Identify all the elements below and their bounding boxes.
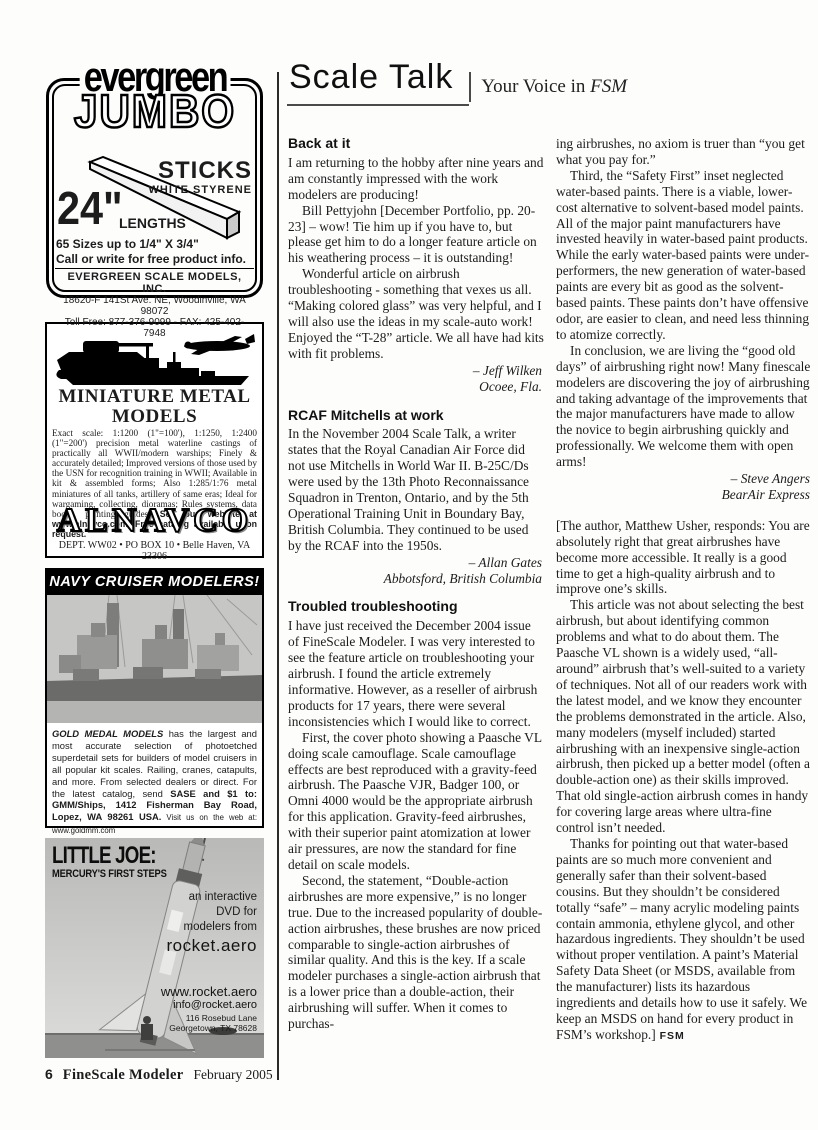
- subtitle-text: Your Voice in: [481, 76, 590, 97]
- letter-paragraph: Wonderful article on airbrush troublesho…: [288, 266, 544, 361]
- call-write-line: Call or write for free product info.: [56, 252, 246, 266]
- subtitle-brand: FSM: [590, 76, 627, 97]
- section-heading: Back at it: [288, 136, 544, 152]
- evergreen-ad: evergreen JUMBO STICKS WHITE STYRENE 24"…: [45, 60, 264, 300]
- sizes-line: 65 Sizes up to 1/4" X 3/4": [56, 237, 199, 251]
- letter-signature: – Allan GatesAbbotsford, British Columbi…: [288, 555, 542, 587]
- signature-line: – Jeff Wilken: [288, 363, 542, 379]
- jumbo-headline: JUMBO: [73, 88, 235, 134]
- navy-cruiser-banner: NAVY CRUISER MODELERS!: [47, 570, 262, 595]
- letter-paragraph: First, the cover photo showing a Paasche…: [288, 730, 544, 873]
- issue-date: February 2005: [193, 1067, 272, 1083]
- lengths-label: LENGTHS: [119, 215, 186, 231]
- letters-column-1: Back at itI am returning to the hobby af…: [288, 136, 544, 1032]
- page-subtitle: Your Voice in FSM: [481, 76, 627, 106]
- section-heading: RCAF Mitchells at work: [288, 408, 544, 424]
- letter-paragraph: I have just received the December 2004 i…: [288, 618, 544, 729]
- letter-paragraph: This article was not about selecting the…: [556, 597, 812, 836]
- rocket-aero-address-line2: Georgetown, TX 78628: [169, 1023, 257, 1033]
- page-footer: 6 FineScale Modeler February 2005: [45, 1066, 273, 1084]
- evergreen-contact-block: EVERGREEN SCALE MODELS, INC. 18620-F 141…: [55, 268, 254, 339]
- letter-paragraph: Bill Pettyjohn [December Portfolio, pp. …: [288, 203, 544, 267]
- letter-paragraph: Thanks for pointing out that water-based…: [556, 836, 812, 1045]
- title-divider: [469, 72, 471, 102]
- alnavco-title-line2: MODELS: [47, 406, 262, 428]
- alnavco-ad: MINIATURE METAL MODELS Exact scale: 1:12…: [45, 322, 264, 558]
- evergreen-address: 18620-F 141St Ave. NE, Woodinville, WA 9…: [55, 295, 254, 317]
- gold-medal-name: GOLD MEDAL MODELS: [52, 728, 163, 739]
- alnavco-title-line1: MINIATURE METAL: [47, 386, 262, 408]
- page-title: Scale Talk: [287, 58, 469, 106]
- signature-line: Abbotsford, British Columbia: [288, 571, 542, 587]
- alnavco-logo: ALNAVCO: [47, 504, 262, 538]
- letter-signature: – Steve AngersBearAir Express: [556, 471, 810, 503]
- letter-paragraph: ing airbrushes, no axiom is truer than “…: [556, 136, 812, 168]
- rocket-aero-address-line1: 116 Rosebud Lane: [186, 1013, 257, 1023]
- alnavco-address: DEPT. WW02 • PO BOX 10 • Belle Haven, VA…: [47, 540, 262, 562]
- letter-signature: – Jeff WilkenOcoee, Fla.: [288, 363, 542, 395]
- letter-paragraph: Second, the statement, “Double-action ai…: [288, 873, 544, 1032]
- rocket-aero-email: info@rocket.aero: [173, 999, 257, 1011]
- magazine-name: FineScale Modeler: [63, 1067, 184, 1084]
- tagline-line3: modelers from: [184, 920, 258, 935]
- section-heading: Troubled troubleshooting: [288, 599, 544, 615]
- letter-paragraph: I am returning to the hobby after nine y…: [288, 155, 544, 203]
- gold-medal-models-ad: NAVY CRUISER MODELERS! GOLD MEDAL MODELS…: [45, 568, 264, 828]
- signature-line: – Allan Gates: [288, 555, 542, 571]
- tagline-line1: an interactive: [184, 890, 258, 905]
- little-joe-tagline: an interactive DVD for modelers from: [184, 890, 258, 935]
- signature-line: Ocoee, Fla.: [288, 379, 542, 395]
- size-headline: 24": [57, 185, 123, 231]
- cruiser-model-photo: [47, 595, 262, 723]
- evergreen-phone: Toll Free: 877-376-9099 - FAX: 425-402-7…: [55, 317, 254, 339]
- evergreen-company-name: EVERGREEN SCALE MODELS, INC.: [55, 271, 254, 295]
- little-joe-subtitle: MERCURY'S FIRST STEPS: [52, 868, 167, 880]
- page-number: 6: [45, 1066, 53, 1082]
- letter-paragraph: In conclusion, we are living the “good o…: [556, 343, 812, 470]
- letter-paragraph: In the November 2004 Scale Talk, a write…: [288, 426, 544, 553]
- signature-line: BearAir Express: [556, 487, 810, 503]
- rocket-aero-url: www.rocket.aero: [161, 984, 257, 999]
- letter-paragraph: Third, the “Safety First” inset neglecte…: [556, 168, 812, 343]
- letter-paragraph: [The author, Matthew Usher, responds: Yo…: [556, 518, 812, 598]
- gold-medal-body-text: GOLD MEDAL MODELS has the largest and mo…: [52, 728, 257, 837]
- column-divider-rule: [277, 72, 279, 1080]
- end-mark: FSM: [656, 1030, 685, 1042]
- page-header: Scale Talk Your Voice in FSM: [287, 58, 627, 106]
- signature-line: – Steve Angers: [556, 471, 810, 487]
- rocket-aero-brand: rocket.aero: [166, 936, 257, 956]
- letters-column-2: ing airbrushes, no axiom is truer than “…: [556, 136, 812, 1045]
- sticks-headline: STICKS: [158, 157, 252, 185]
- little-joe-title: LITTLE JOE:: [52, 842, 156, 870]
- white-styrene-label: WHITE STYRENE: [149, 184, 252, 196]
- tagline-line2: DVD for: [184, 905, 258, 920]
- little-joe-ad: LITTLE JOE: MERCURY'S FIRST STEPS an int…: [45, 838, 264, 1058]
